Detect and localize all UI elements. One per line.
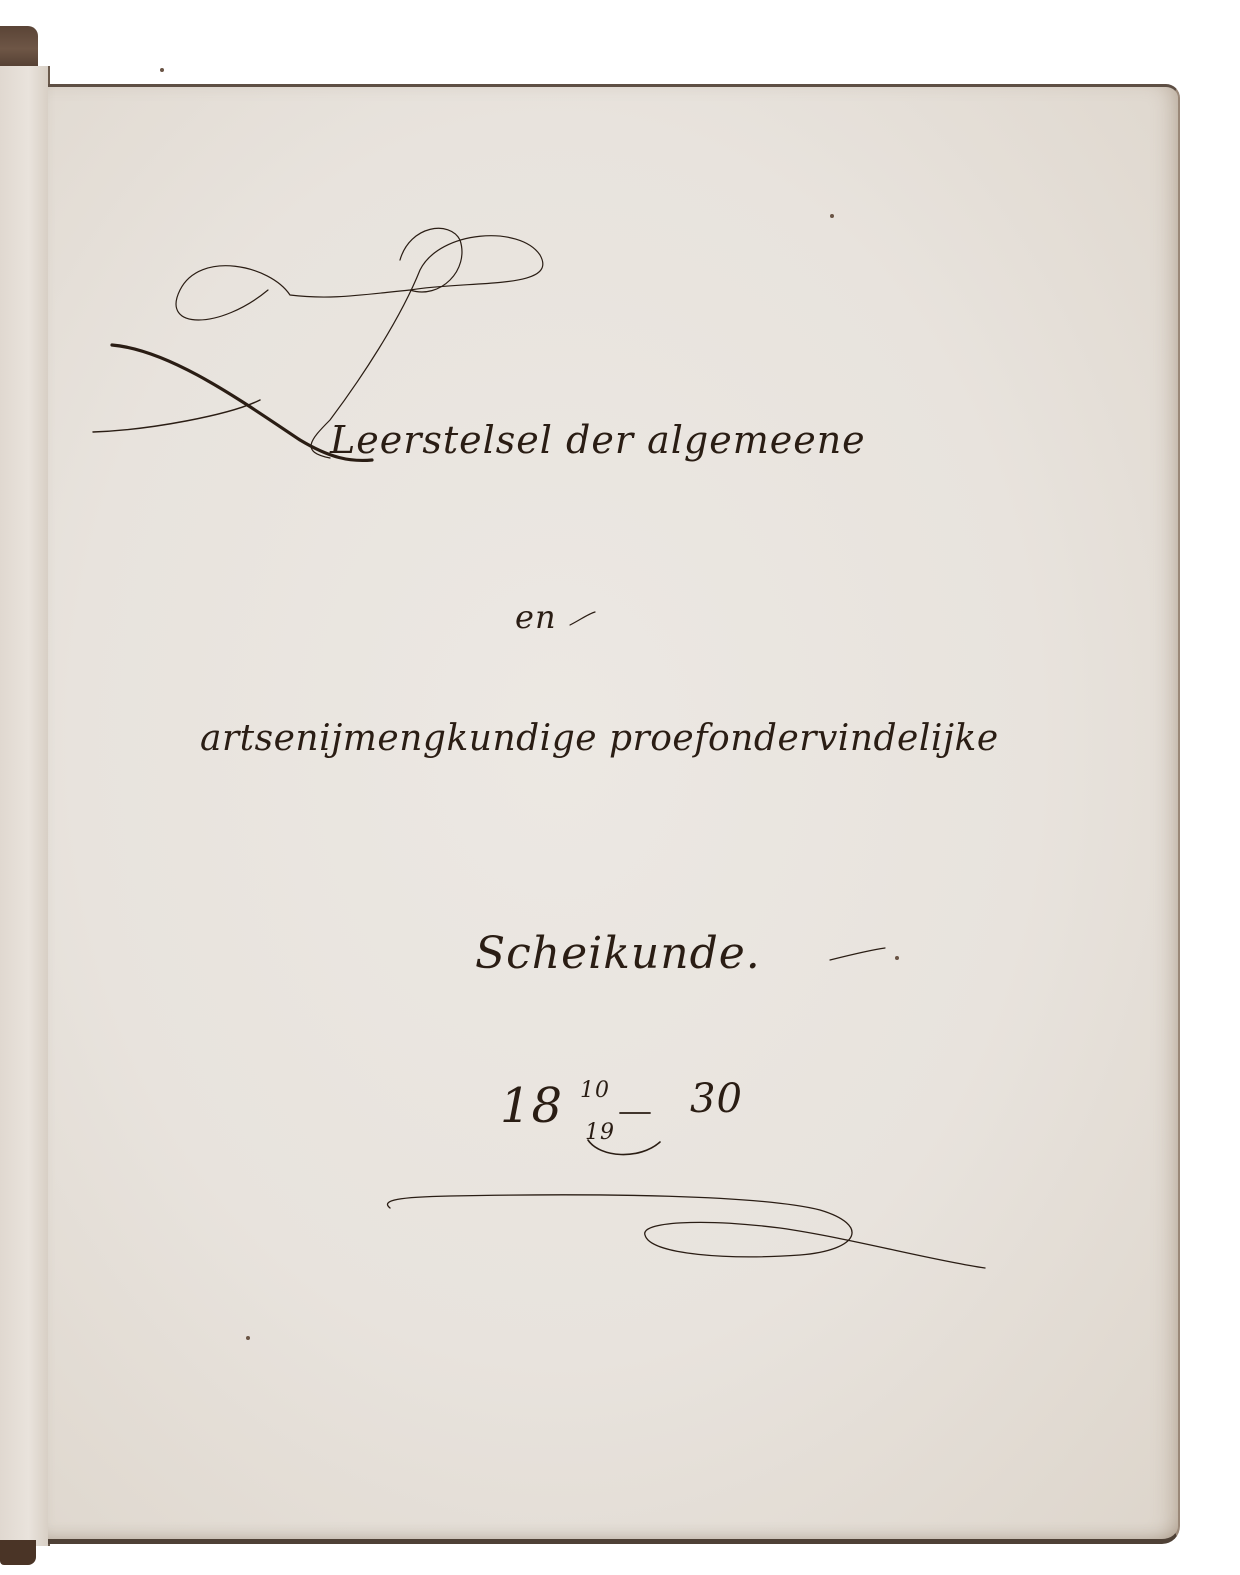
date-suffix: 30 <box>690 1076 743 1122</box>
title-line-4: Scheikunde. <box>475 928 761 979</box>
ink-spot <box>830 214 834 218</box>
title-line-3: artsenijmengkundige proefondervindelijke <box>200 718 999 759</box>
calligraphic-flourishes <box>0 0 1240 1575</box>
ink-spot <box>895 956 899 960</box>
title-line-1: Leerstelsel der algemeene <box>330 418 866 462</box>
bottom-flourish-icon <box>388 1195 986 1268</box>
date-prefix: 18 <box>500 1078 563 1134</box>
ink-spot <box>246 1336 250 1340</box>
ink-spot <box>160 68 164 72</box>
date-subscript: 19 <box>585 1120 615 1145</box>
date-superscript: 10 <box>580 1078 610 1103</box>
title-line-2: en <box>515 598 557 636</box>
